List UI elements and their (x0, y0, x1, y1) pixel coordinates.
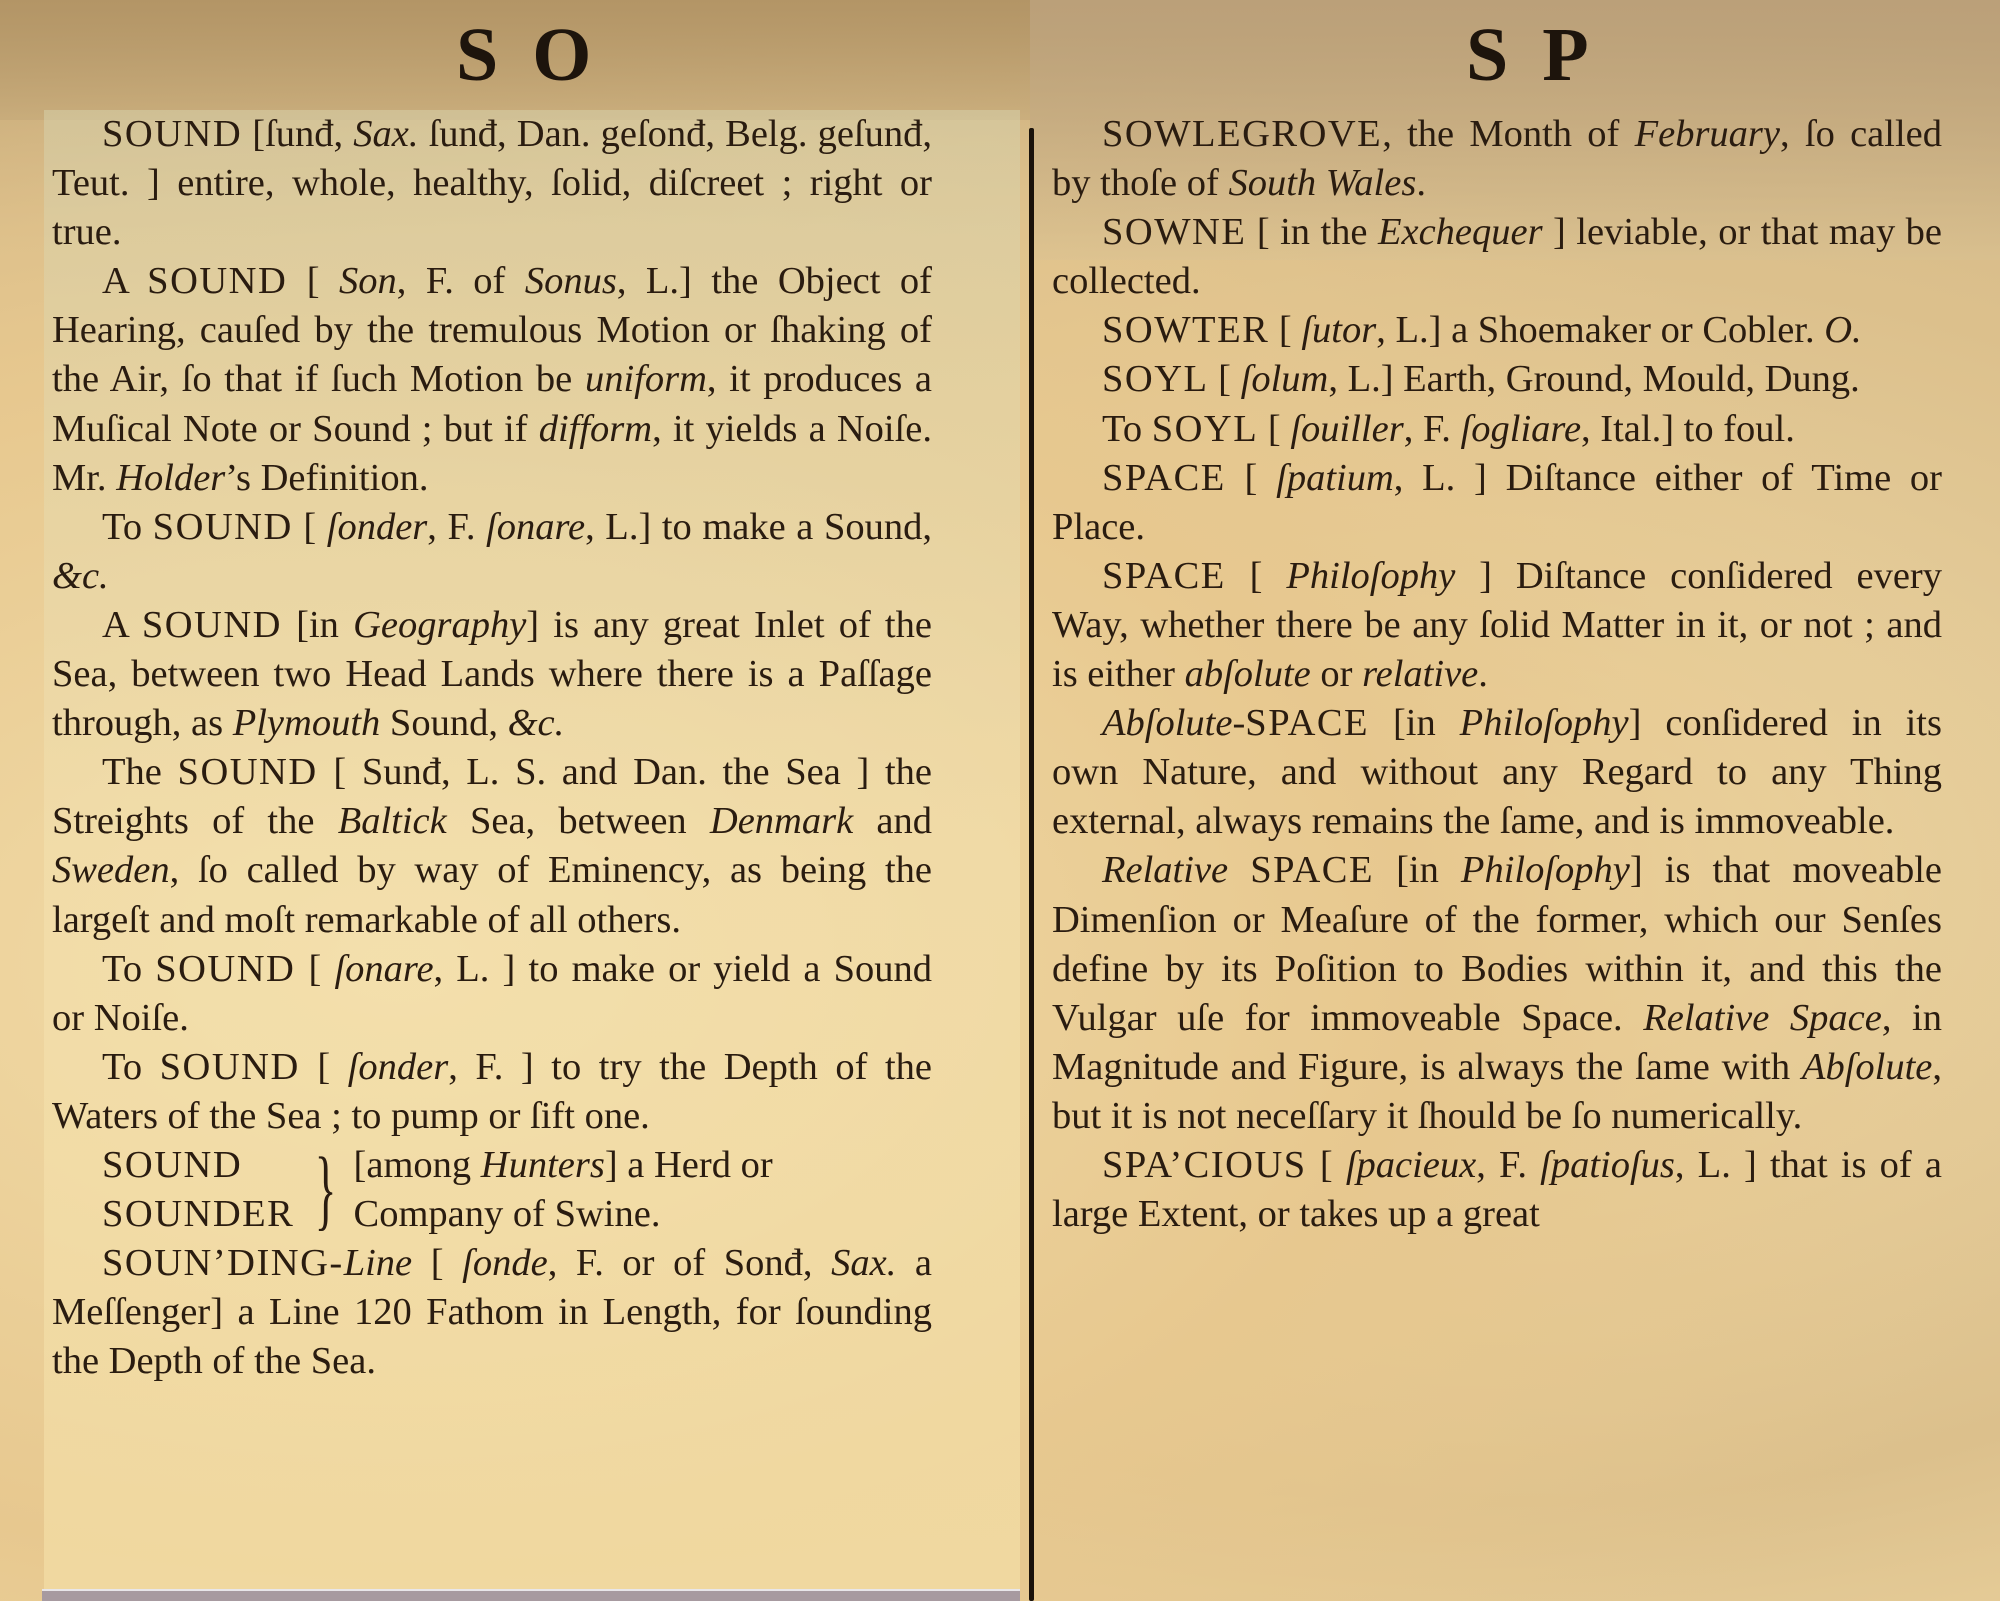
right-column: SOWLEGROVE, the Month of February, ſo ca… (1052, 110, 1942, 1239)
entry-headword: SPACE (1102, 555, 1226, 597)
italic-text: ſutor (1301, 309, 1376, 351)
definition-text: ſunđ, (265, 113, 353, 155)
scan-edge-bar (42, 1589, 1020, 1601)
italic-text: Holder (116, 457, 225, 499)
italic-text: Philoſophy (1286, 555, 1455, 597)
column-divider-rule (1029, 128, 1034, 1601)
definition-text: Sound, (380, 702, 507, 744)
definition-line: [among Hunters] a Herd or (354, 1141, 773, 1190)
dictionary-entry: SPA’CIOUS [ ſpacieux, F. ſpatioſus, L. ]… (1052, 1141, 1942, 1239)
italic-text: Exchequer (1378, 211, 1543, 253)
running-head-left: SO (456, 12, 625, 99)
entry-headword: SOUND (102, 113, 242, 155)
definition-text: [ (293, 506, 327, 548)
entry-headword: SOUND (147, 260, 287, 302)
italic-text: Son (339, 260, 397, 302)
entry-headword: SPA’CIOUS (1102, 1144, 1307, 1186)
italic-text: February (1635, 113, 1780, 155)
definition-text: or (1311, 653, 1362, 695)
definition-text: [ (300, 1046, 348, 1088)
italic-text: &c. (52, 555, 109, 597)
italic-text: ſonder (348, 1046, 449, 1088)
definition-text: [ (1269, 309, 1301, 351)
italic-text: Sax. (353, 113, 418, 155)
definition-text: , F. (1404, 408, 1461, 450)
dictionary-entry: SPACE [ Philoſophy ] Diſtance conſidered… (1052, 552, 1942, 699)
curly-brace-icon: } (315, 1145, 337, 1235)
italic-text: ſpacieux (1346, 1144, 1476, 1186)
italic-text: abſolute (1185, 653, 1311, 695)
entry-prefix: To (102, 948, 155, 990)
entry-headword: SOUND (102, 1141, 294, 1190)
entry-headword: SOWLEGROVE (1102, 113, 1382, 155)
entry-headword: SOUND (155, 948, 295, 990)
definition-text: [in (1369, 702, 1460, 744)
dictionary-entry: SOYL [ ſolum, L.] Earth, Ground, Mould, … (1052, 355, 1942, 404)
running-head-right: SP (1466, 12, 1623, 99)
definition-text: [in (282, 604, 353, 646)
entry-headword: SPACE (1245, 702, 1369, 744)
italic-text: Sax. (831, 1242, 896, 1284)
definition-text: . (1478, 653, 1488, 695)
definition-text: , F. (1476, 1144, 1540, 1186)
italic-text: ſonder (327, 506, 428, 548)
entry-headword: SOUND (153, 506, 293, 548)
dictionary-entry: SOWLEGROVE, the Month of February, ſo ca… (1052, 110, 1942, 208)
definition-text: ’s Definition. (225, 457, 428, 499)
entry-headword: SPACE (1102, 457, 1226, 499)
definition-text: [ (287, 260, 339, 302)
dictionary-entry: To SOUND [ ſonder, F. ] to try the Depth… (52, 1043, 932, 1141)
dictionary-entry: A SOUND [in Geography] is any great Inle… (52, 601, 932, 748)
dictionary-entry: SPACE [ ſpatium, L. ] Diſtance either of… (1052, 454, 1942, 552)
entry-headword: SOWTER (1102, 309, 1269, 351)
italic-text: ſolum (1241, 358, 1329, 400)
dictionary-entry: Relative SPACE [in Philoſophy] is that m… (1052, 846, 1942, 1141)
definition-text: , L.] Earth, Ground, Mould, Dung. (1328, 358, 1859, 400)
dictionary-entry: The SOUND [ Sunđ, L. S. and Dan. the Sea… (52, 748, 932, 944)
left-column: SOUND [ſunđ, Sax. ſunđ, Dan. geſonđ, Bel… (52, 110, 932, 1386)
entry-prefix: A (102, 260, 147, 302)
italic-text: Abſolute (1802, 1046, 1932, 1088)
dictionary-entry: Abſolute-SPACE [in Philoſophy] conſidere… (1052, 699, 1942, 846)
bracketed-entry: SOUNDSOUNDER}[among Hunters] a Herd orCo… (102, 1141, 932, 1239)
entry-headword: SOUNDER (102, 1190, 294, 1239)
definition-text: , F. of (397, 260, 525, 302)
definition-line: Company of Swine. (354, 1190, 773, 1239)
definition-text: , L.] to make a Sound, (585, 506, 932, 548)
italic-text: relative (1362, 653, 1478, 695)
dictionary-entry: SOWNE [ in the Exchequer ] leviable, or … (1052, 208, 1942, 306)
bracketed-headwords: SOUNDSOUNDER (102, 1141, 294, 1239)
dictionary-entry: To SOYL [ ſouiller, F. ſogliare, Ital.] … (1052, 405, 1942, 454)
italic-text: ſpatium (1276, 457, 1394, 499)
definition-text: [among (354, 1144, 481, 1186)
definition-text: [ (1209, 358, 1241, 400)
italic-text: uniform (585, 358, 707, 400)
definition-text: , F. (427, 506, 486, 548)
entry-prefix: The (102, 751, 178, 793)
italic-text: Hunters (481, 1144, 605, 1186)
entry-prefix: To (102, 1046, 160, 1088)
definition-text: [ (1307, 1144, 1346, 1186)
bracketed-definition: [among Hunters] a Herd orCompany of Swin… (354, 1141, 773, 1239)
italic-text: O. (1824, 309, 1861, 351)
italic-text: Sweden (52, 849, 170, 891)
italic-text: difform (539, 408, 652, 450)
italic-text: ſogliare (1461, 408, 1581, 450)
definition-text: , F. or of Sonđ, (548, 1242, 831, 1284)
italic-text: Baltick (338, 800, 447, 842)
italic-text: Relative Space (1643, 997, 1882, 1039)
entry-headword: SOYL (1102, 358, 1209, 400)
dictionary-entry: To SOUND [ ſonare, L. ] to make or yield… (52, 945, 932, 1043)
definition-text: [ (295, 948, 334, 990)
entry-headword: SOWNE (1102, 211, 1246, 253)
italic-text: South Wales (1228, 162, 1416, 204)
italic-text: ſonde (462, 1242, 548, 1284)
entry-headword: SOUND (142, 604, 282, 646)
definition-text: [ (1226, 457, 1276, 499)
definition-text: , Ital.] to foul. (1581, 408, 1795, 450)
italic-text: ſonare (334, 948, 433, 990)
definition-text: , the Month of (1382, 113, 1634, 155)
definition-text: [ (1226, 555, 1287, 597)
definition-text: [ (412, 1242, 462, 1284)
definition-text: , ſo called by way of Eminency, as being… (52, 849, 932, 940)
definition-text: [ in the (1246, 211, 1378, 253)
italic-text: ſouiller (1290, 408, 1403, 450)
entry-headword: SOYL (1152, 408, 1259, 450)
entry-headword: SOUND (160, 1046, 300, 1088)
definition-text: [ (1258, 408, 1290, 450)
italic-text: Philoſophy (1461, 849, 1630, 891)
italic-text: Philoſophy (1460, 702, 1629, 744)
dictionary-entry: SOUN’DING-Line [ ſonde, F. or of Sonđ, S… (52, 1239, 932, 1386)
entry-prefix: Relative (1102, 849, 1250, 891)
definition-text: . (1416, 162, 1426, 204)
definition-text: , L.] a Shoemaker or Cobler. (1376, 309, 1824, 351)
entry-headword: SOUND (178, 751, 318, 793)
italic-text: ſpatioſus (1540, 1144, 1675, 1186)
entry-prefix: Abſolute- (1102, 702, 1245, 744)
definition-text: ] a Herd or (605, 1144, 773, 1186)
definition-text: Sea, between (447, 800, 710, 842)
definition-text: [ (242, 113, 265, 155)
italic-text: Geography (353, 604, 526, 646)
definition-text: [in (1374, 849, 1461, 891)
entry-prefix: A (102, 604, 142, 646)
entry-headword: SOUN’DING- (102, 1242, 344, 1284)
entry-prefix: To (1102, 408, 1152, 450)
italic-text: &c. (508, 702, 565, 744)
italic-text: Denmark (710, 800, 853, 842)
italic-text: ſonare (486, 506, 585, 548)
dictionary-entry: SOUND [ſunđ, Sax. ſunđ, Dan. geſonđ, Bel… (52, 110, 932, 257)
dictionary-entry: To SOUND [ ſonder, F. ſonare, L.] to mak… (52, 503, 932, 601)
entry-headword: SPACE (1250, 849, 1374, 891)
italic-text: Sonus (525, 260, 617, 302)
dictionary-entry: A SOUND [ Son, F. of Sonus, L.] the Obje… (52, 257, 932, 502)
italic-text: Plymouth (233, 702, 381, 744)
definition-text: and (853, 800, 932, 842)
dictionary-entry: SOWTER [ ſutor, L.] a Shoemaker or Coble… (1052, 306, 1942, 355)
italic-text: Line (344, 1242, 412, 1284)
entry-prefix: To (102, 506, 153, 548)
